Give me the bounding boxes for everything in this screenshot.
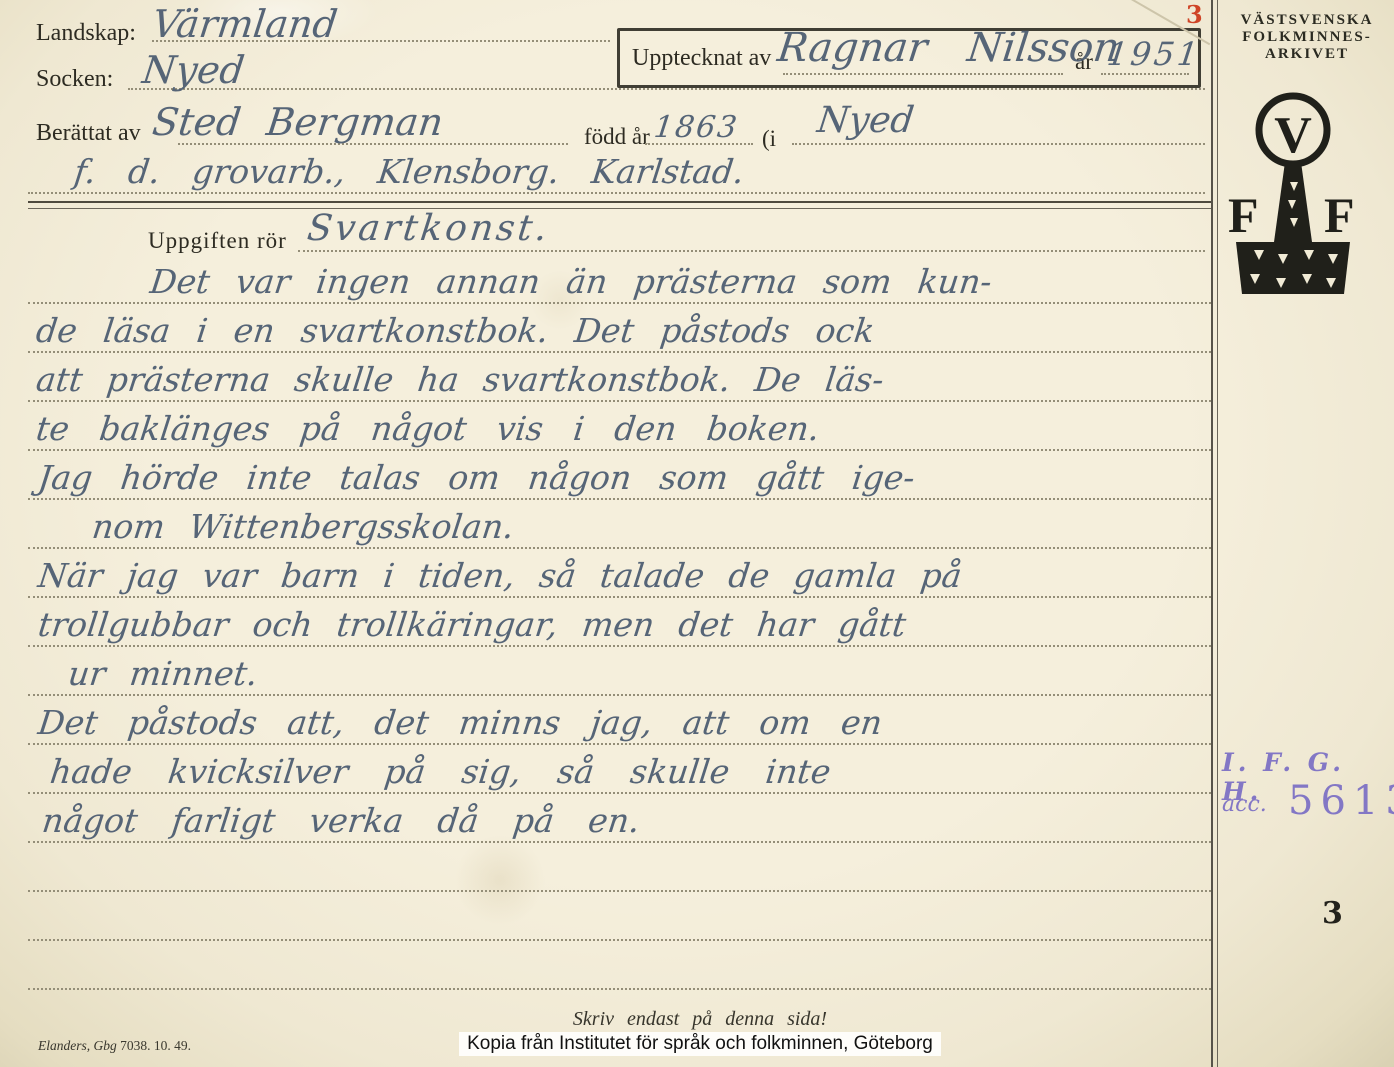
accession-stamp-acc-label: acc. <box>1222 792 1267 817</box>
ruled-line <box>28 351 1211 353</box>
archive-name-line2: FOLKMINNES- <box>1224 29 1390 46</box>
ruled-line <box>28 645 1211 647</box>
handwritten-line: ur minnet. <box>66 654 260 693</box>
handwritten-line: något farligt verka då på en. <box>40 801 642 840</box>
handwritten-line: När jag var barn i tiden, så talade de g… <box>36 556 964 595</box>
accession-stamp-number: 5613 <box>1288 778 1394 824</box>
ar-rule <box>1101 73 1189 75</box>
archive-record-card: Landskap: Socken: Berättat av född år (i… <box>0 0 1394 1067</box>
copy-note: Kopia från Institutet för språk och folk… <box>459 1032 941 1056</box>
margin-rule <box>1211 0 1218 1067</box>
landskap-label: Landskap: <box>36 20 136 47</box>
hammer-head <box>1236 242 1350 294</box>
ruled-line <box>28 547 1211 549</box>
fodd-place-rule <box>792 143 1205 145</box>
fodd-ar-label: född år <box>584 124 650 150</box>
berattat-av-label: Berättat av <box>36 120 141 147</box>
ar-value: 1951 <box>1105 35 1203 73</box>
socken-label: Socken: <box>36 66 113 93</box>
write-only-instruction: Skriv endast på denna sida! <box>450 1008 950 1031</box>
uppgiften-ror-label: Uppgiften rör <box>148 228 287 254</box>
upptecknat-label: Upptecknat av <box>632 45 771 72</box>
archive-name-line1: VÄSTSVENSKA <box>1224 12 1390 29</box>
uppgiften-value: Svartkonst. <box>305 208 552 249</box>
fodd-place-value: Nyed <box>815 100 916 141</box>
landskap-value: Värmland <box>150 2 340 46</box>
occupation-rule <box>28 192 1205 194</box>
ruled-line <box>28 694 1211 696</box>
handwritten-line: trollgubbar och trollkäringar, men det h… <box>36 605 908 644</box>
page-number-black: 3 <box>1322 896 1343 931</box>
upptecknat-value: Ragnar Nilsson <box>775 25 1122 71</box>
ruled-line <box>28 498 1211 500</box>
paren-i-label: (i <box>762 126 776 152</box>
berattat-value: Sted Bergman <box>150 100 446 144</box>
upptecknat-box: Upptecknat av år Ragnar Nilsson 1951 <box>617 28 1201 88</box>
handwritten-line: te baklänges på något vis i den boken. <box>34 409 822 448</box>
ruled-line <box>28 988 1211 990</box>
header-separator-rule <box>28 201 1211 209</box>
printer-name: Elanders, Gbg <box>38 1038 117 1053</box>
ruled-line <box>28 400 1211 402</box>
printer-code: 7038. 10. 49. <box>120 1038 191 1053</box>
socken-value: Nyed <box>140 48 247 92</box>
printer-imprint: Elanders, Gbg 7038. 10. 49. <box>38 1038 191 1054</box>
fodd-ar-value: 1863 <box>652 110 741 145</box>
handwritten-line: Det var ingen annan än prästerna som kun… <box>148 262 994 301</box>
logo-letter-v: V <box>1274 107 1312 164</box>
ruled-line <box>28 939 1211 941</box>
ruled-line <box>28 302 1211 304</box>
ruled-line <box>28 841 1211 843</box>
handwritten-line: Det påstods att, det minns jag, att om e… <box>36 703 884 742</box>
page-number-red: 3 <box>1186 0 1203 29</box>
upptecknat-rule <box>783 73 1063 75</box>
handwritten-line: att prästerna skulle ha svartkonstbok. D… <box>34 360 886 399</box>
ruled-line <box>28 792 1211 794</box>
occupation-value: f. d. grovarb., Klensborg. Karlstad. <box>72 152 746 191</box>
archive-name: VÄSTSVENSKA FOLKMINNES- ARKIVET <box>1224 12 1390 63</box>
ruled-line <box>28 449 1211 451</box>
ruled-line <box>28 596 1211 598</box>
handwritten-line: Jag hörde inte talas om någon som gått i… <box>36 458 917 497</box>
handwritten-line: de läsa i en svartkonstbok. Det påstods … <box>34 311 877 350</box>
handwritten-line: nom Wittenbergsskolan. <box>90 507 516 546</box>
handwritten-line: hade kvicksilver på sig, så skulle inte <box>48 752 833 791</box>
logo-letter-f-left: F <box>1228 187 1259 243</box>
socken-rule <box>128 88 1205 90</box>
thors-hammer-logo: V F F <box>1226 90 1360 300</box>
ruled-line <box>28 890 1211 892</box>
ruled-line <box>28 743 1211 745</box>
uppgiften-rule <box>298 250 1205 252</box>
logo-letter-f-right: F <box>1324 187 1355 243</box>
archive-name-line3: ARKIVET <box>1224 46 1390 63</box>
